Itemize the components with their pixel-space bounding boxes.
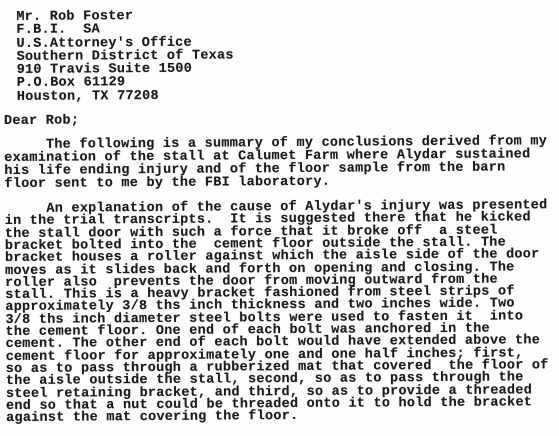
letter-page: Mr. Rob Foster F.B.I. SA U.S.Attorney's … bbox=[0, 0, 559, 436]
body-paragraph-summary: The following is a summary of my conclus… bbox=[4, 135, 556, 191]
recipient-address-block: Mr. Rob Foster F.B.I. SA U.S.Attorney's … bbox=[3, 7, 556, 104]
scanned-letter-content: Mr. Rob Foster F.B.I. SA U.S.Attorney's … bbox=[3, 7, 558, 425]
body-paragraph-explanation: An explanation of the cause of Alydar's … bbox=[5, 200, 559, 425]
salutation: Dear Rob; bbox=[4, 111, 556, 128]
